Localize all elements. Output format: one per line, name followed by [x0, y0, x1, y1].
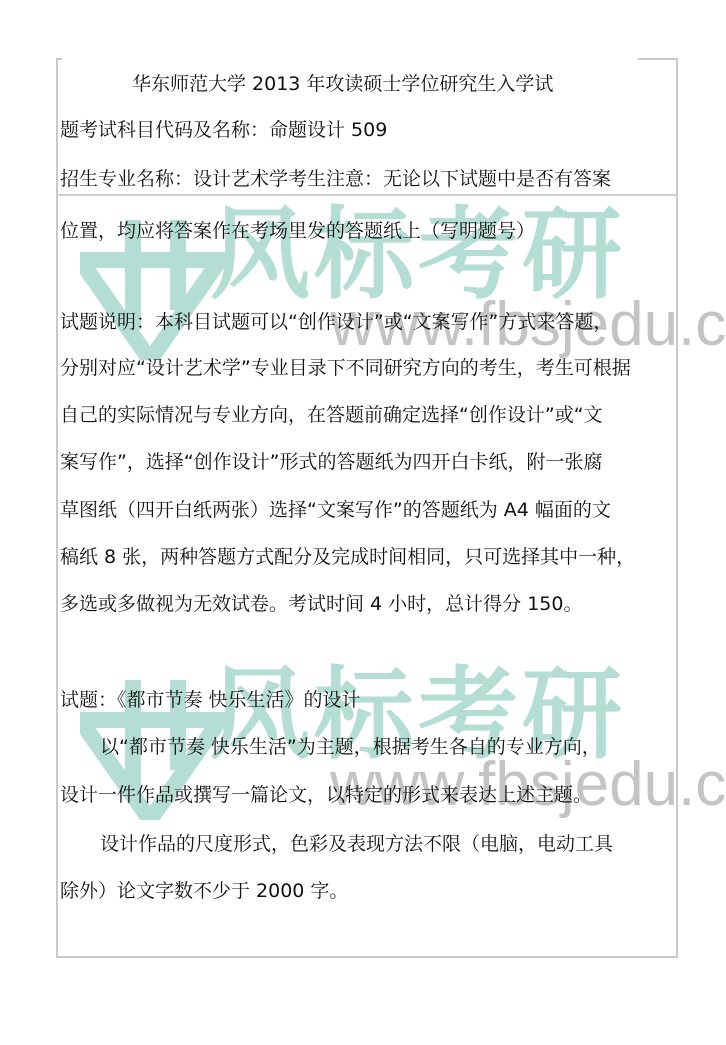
text-line: 案写作”，选择“创作设计”形式的答题纸为四开白卡纸，附一张腐	[60, 450, 603, 474]
text-line: 设计一件作品或撰写一篇论文，以特定的形式来表达上述主题。	[60, 783, 592, 807]
document-title: 华东师范大学 2013 年攻读硕士学位研究生入学试	[132, 72, 553, 96]
text-line: 招生专业名称：设计艺术学考生注意：无论以下试题中是否有答案	[60, 167, 611, 191]
text-line: 分别对应“设计艺术学”专业目录下不同研究方向的考生，考生可根据	[60, 356, 631, 380]
header-divider	[56, 194, 678, 196]
text-line: 稿纸 8 张，两种答题方式配分及完成时间相同，只可选择其中一种，	[60, 545, 635, 569]
text-line: 以“都市节奏 快乐生活”为主题，根据考生各自的专业方向，	[100, 735, 601, 759]
text-line: 草图纸（四开白纸两张）选择“文案写作”的答题纸为 A4 幅面的文	[60, 498, 611, 522]
text-line: 试题说明：本科目试题可以“创作设计”或“文案写作”方式来答题，	[60, 310, 612, 334]
frame-border-top-right	[638, 58, 678, 60]
text-line: 位置，均应将答案作在考场里发的答题纸上（写明题号）	[60, 219, 535, 243]
question-title: 试题：《都市节奏 快乐生活》的设计	[60, 688, 361, 712]
frame-border-left	[56, 58, 58, 958]
text-line: 除外）论文字数不少于 2000 字。	[60, 879, 348, 903]
frame-border-top-left	[56, 58, 62, 60]
frame-border-right	[676, 58, 678, 958]
frame-border-bottom	[56, 956, 678, 958]
text-line: 设计作品的尺度形式，色彩及表现方法不限（电脑，电动工具	[100, 832, 613, 856]
text-line: 题考试科目代码及名称：命题设计 509	[60, 118, 387, 142]
text-line: 自己的实际情况与专业方向，在答题前确定选择“创作设计”或“文	[60, 403, 603, 427]
text-line: 多选或多做视为无效试卷。考试时间 4 小时，总计得分 150。	[60, 592, 582, 616]
